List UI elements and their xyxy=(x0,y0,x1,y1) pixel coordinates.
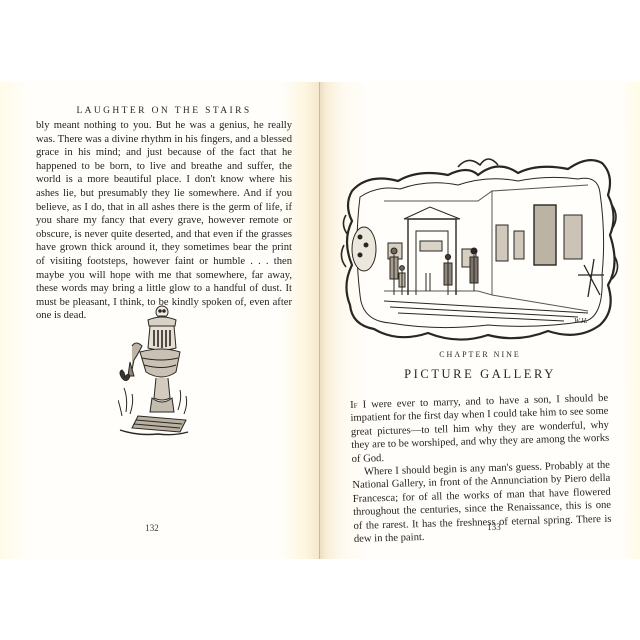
paragraph-opening: If I were ever to marry, and to have a s… xyxy=(350,392,610,466)
running-head: LAUGHTER ON THE STAIRS xyxy=(36,106,292,116)
page-number: 133 xyxy=(474,522,514,532)
page-number: 132 xyxy=(132,523,172,533)
paragraph: Where I should begin is any man's guess.… xyxy=(352,459,612,547)
paragraph-text: I were ever to marry, and to have a son,… xyxy=(350,393,609,465)
right-page: W.H. CHAPTER NINE PICTURE GALLERY If I w… xyxy=(320,82,640,559)
urn-with-skull-woodcut-icon xyxy=(118,302,190,450)
left-page: LAUGHTER ON THE STAIRS bly meant nothing… xyxy=(0,82,320,559)
picture-gallery-rococo-vignette-icon: W.H. xyxy=(338,145,622,351)
paragraph: bly meant nothing to you. But he was a g… xyxy=(36,119,292,323)
left-page-body: bly meant nothing to you. But he was a g… xyxy=(36,119,292,323)
chapter-number: CHAPTER NINE xyxy=(350,350,610,359)
open-book: LAUGHTER ON THE STAIRS bly meant nothing… xyxy=(0,82,640,559)
svg-text:W.H.: W.H. xyxy=(574,317,588,325)
chapter-title: PICTURE GALLERY xyxy=(350,367,610,382)
